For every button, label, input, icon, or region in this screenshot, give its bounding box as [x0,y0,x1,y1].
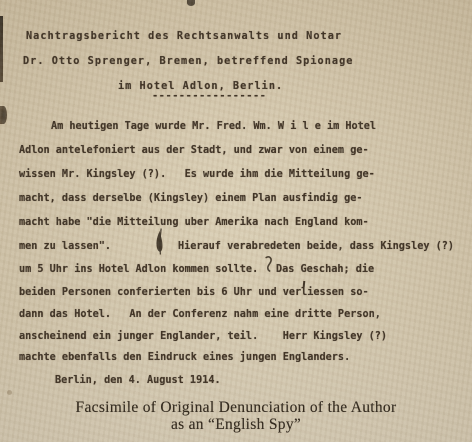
heading-line-2: Dr. Otto Sprenger, Bremen, betreffend Sp… [23,55,353,69]
pen-mark-small-icon [264,255,274,272]
caption-line-1: Facsimile of Original Denunciation of th… [0,399,472,417]
body-line-7b: Das Geschah; die [276,263,374,277]
caption-line-2: as an “English Spy” [0,416,472,434]
body-line-5: macht habe "die Mitteilung uber Amerika … [19,216,369,230]
body-line-6a: men zu lassen". [19,240,111,254]
body-line-9: dann das Hotel. An der Conferenz nahm ei… [19,308,381,322]
typed-dashed-divider: ----------------- [152,90,266,104]
pen-mark-icon [153,228,165,255]
heading-line-1: Nachtragsbericht des Rechtsanwalts und N… [26,30,342,44]
ink-smudge-left [0,106,7,124]
body-line-10: anscheinend ein junger Englander, teil. … [19,330,387,344]
body-line-1: Am heutigen Tage wurde Mr. Fred. Wm. W i… [51,120,376,134]
body-line-6b: Hierauf verabredeten beide, dass Kingsle… [178,240,454,254]
body-line-11: machte ebenfalls den Eindruck eines jung… [19,351,350,365]
body-line-4: macht, dass derselbe (Kingsley) einem Pl… [19,192,362,206]
body-line-7a: um 5 Uhr ins Hotel Adlon kommen sollte. [19,263,258,277]
ink-smudge-top [187,0,195,6]
paper-spot [7,390,12,395]
scan-edge-mark-left [0,16,3,82]
body-line-8: beiden Personen conferierten bis 6 Uhr u… [19,286,369,300]
body-line-3: wissen Mr. Kingsley (?). Es wurde ihm di… [19,168,375,182]
body-line-2: Adlon antelefoniert aus der Stadt, und z… [19,144,369,158]
typewritten-document-page: Nachtragsbericht des Rechtsanwalts und N… [0,0,472,442]
dateline: Berlin, den 4. August 1914. [55,374,221,388]
